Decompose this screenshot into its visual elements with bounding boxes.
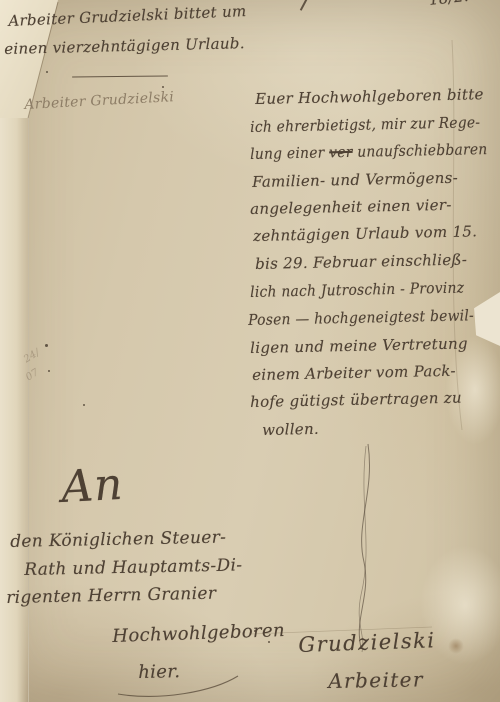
signature-role: Arbeiter	[328, 667, 424, 693]
body-line: angelegenheit einen vier-	[250, 198, 452, 217]
paper-stain	[448, 638, 464, 654]
body-line: einem Arbeiter vom Pack-	[252, 364, 456, 383]
body-line: lich nach Jutroschin - Provinz	[250, 281, 464, 300]
address-salutation: An	[60, 459, 124, 513]
body-line: wollen.	[262, 422, 319, 438]
ink-speck	[46, 71, 48, 73]
stray-pen-stroke	[300, 0, 308, 11]
address-line: den Königlichen Steuer-	[10, 527, 226, 552]
ink-speck	[45, 344, 48, 347]
pencil-check-mark	[359, 446, 366, 652]
address-place: hier.	[138, 661, 181, 683]
document-page: Arbeiter Grudzielski bittet um einen vie…	[0, 0, 500, 702]
body-line: ligen und meine Vertretung	[250, 336, 468, 356]
ink-speck	[83, 404, 85, 406]
docket-note: Arbeiter Grudzielski	[24, 89, 174, 113]
address-line: rigenten Herrn Granier	[6, 584, 216, 608]
body-line: Euer Hochwohlgeboren bitte	[255, 87, 484, 107]
ink-speck	[48, 370, 50, 372]
body-line: Posen — hochgeneigtest bewil-	[248, 308, 474, 328]
docket-underline	[72, 75, 168, 77]
ink-speck	[162, 86, 164, 88]
strike-post: unaufschiebbaren	[352, 140, 487, 161]
address-honorific: Hochwohlgeboren	[112, 620, 285, 647]
strike-pre: lung einer	[250, 143, 329, 163]
strike-struck: ver	[329, 143, 353, 161]
body-line: Familien- und Vermögens-	[252, 171, 458, 190]
pencil-check-mark	[359, 444, 369, 648]
corner-fragment: 18/2.	[428, 0, 470, 9]
body-line-strike: lung einer ver unaufschiebbaren	[250, 142, 488, 162]
body-line: bis 29. Februar einschließ-	[255, 253, 467, 272]
body-line: zehntägigen Urlaub vom 15.	[253, 224, 477, 244]
body-line: hofe gütigst übertragen zu	[250, 391, 462, 410]
body-line: ich ehrerbietigst, mir zur Rege-	[250, 115, 480, 135]
signature-name: Grudzielski	[298, 628, 436, 657]
address-line: Rath und Hauptamts-Di-	[24, 555, 243, 580]
